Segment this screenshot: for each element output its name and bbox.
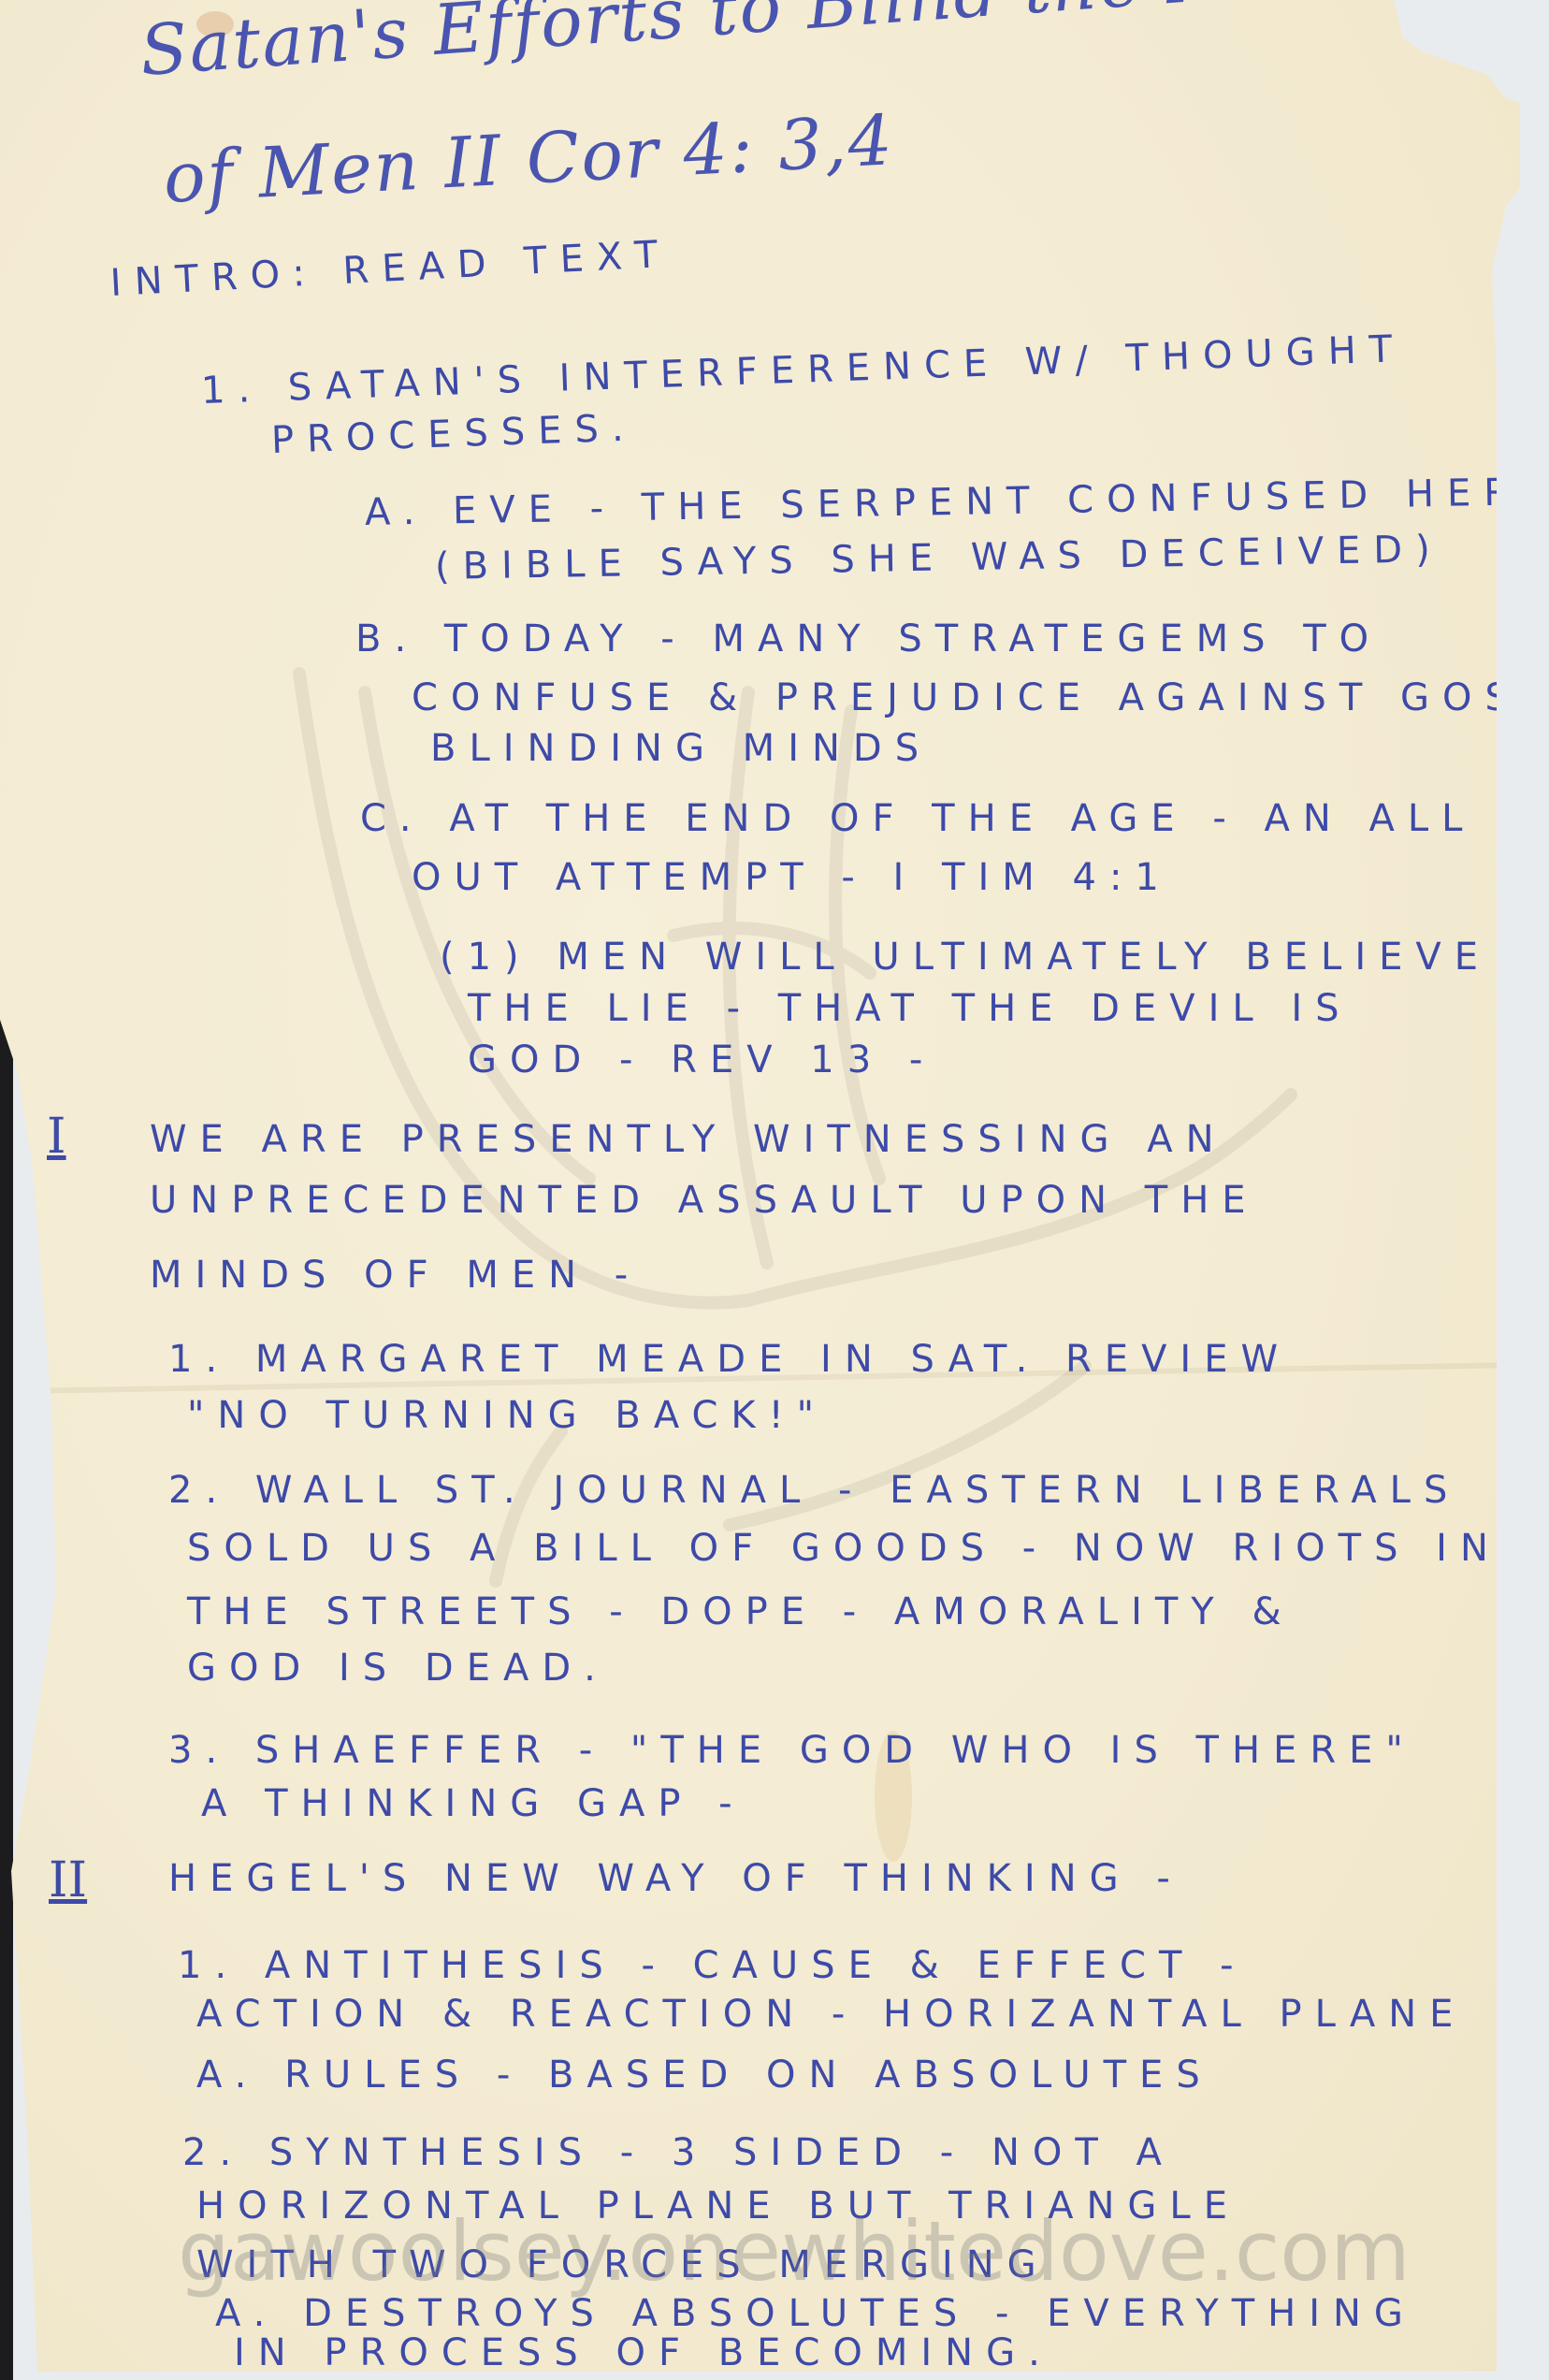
intro-subpoint-1: (1) MEN WILL ULTIMATELY BELIEVE	[440, 936, 1491, 979]
section-1-numeral: I	[47, 1109, 66, 1165]
section-2-point-1: 1. ANTITHESIS - CAUSE & EFFECT -	[178, 1944, 1247, 1987]
intro-point-1: 1. SATAN'S INTERFERENCE W/ THOUGHT	[200, 327, 1406, 413]
section-1-point-2-cont2: THE STREETS - DOPE - AMORALITY &	[187, 1590, 1295, 1633]
section-2-heading: HEGEL'S NEW WAY OF THINKING -	[168, 1857, 1183, 1900]
intro-point-1-cont: PROCESSES.	[270, 406, 637, 462]
section-1-point-3-cont: A THINKING GAP -	[201, 1782, 746, 1825]
intro-point-A-cont: (BIBLE SAYS SHE WAS DECEIVED)	[435, 528, 1444, 588]
section-1-heading-cont2: MINDS OF MEN -	[150, 1254, 641, 1297]
intro-point-B-cont2: BLINDING MINDS	[430, 727, 932, 770]
section-1-point-1: 1. MARGARET MEADE IN SAT. REVIEW	[168, 1338, 1291, 1381]
intro-subpoint-1-cont2: GOD - REV 13 -	[468, 1038, 935, 1081]
section-2-point-1-cont: ACTION & REACTION - HORIZANTAL PLANE	[196, 1993, 1466, 2036]
site-watermark: gawoolsey.onewhitedove.com	[178, 2203, 1411, 2300]
section-1-point-1-cont: "NO TURNING BACK!"	[187, 1394, 827, 1437]
section-2-point-1-A: A. RULES - BASED ON ABSOLUTES	[196, 2053, 1213, 2097]
intro-point-A: A. EVE - THE SERPENT CONFUSED HER -	[365, 470, 1549, 534]
scanner-background	[0, 1010, 13, 2380]
intro-point-B: B. TODAY - MANY STRATEGEMS TO	[355, 617, 1382, 660]
section-1-point-3: 3. SHAEFFER - "THE GOD WHO IS THERE"	[168, 1729, 1416, 1772]
intro-point-C-cont: OUT ATTEMPT - I TIM 4:1	[412, 856, 1172, 899]
paper-sheet: Satan's Efforts to Blind the Minds of Me…	[0, 0, 1534, 2372]
section-1-heading-cont1: UNPRECEDENTED ASSAULT UPON THE	[150, 1179, 1259, 1222]
section-1-point-2-cont1: SOLD US A BILL OF GOODS - NOW RIOTS IN	[187, 1527, 1501, 1570]
section-1-point-2-cont3: GOD IS DEAD.	[187, 1647, 609, 1690]
intro-point-C: C. AT THE END OF THE AGE - AN ALL	[360, 797, 1475, 840]
intro-subpoint-1-cont1: THE LIE - THAT THE DEVIL IS	[468, 987, 1353, 1030]
sermon-title-line2: of Men II Cor 4: 3,4	[162, 100, 896, 219]
sermon-title-line1: Satan's Efforts to Blind the Minds	[138, 0, 1395, 92]
section-2-numeral: II	[49, 1852, 87, 1908]
section-2-point-2-A-cont: IN PROCESS OF BECOMING.	[234, 2331, 1053, 2374]
section-2-point-2: 2. SYNTHESIS - 3 SIDED - NOT A	[182, 2131, 1175, 2174]
section-1-point-2: 2. WALL ST. JOURNAL - EASTERN LIBERALS	[168, 1469, 1460, 1512]
intro-point-B-cont1: CONFUSE & PREJUDICE AGAINST GOSPEL -	[412, 676, 1549, 719]
section-1-heading: WE ARE PRESENTLY WITNESSING AN	[150, 1118, 1226, 1161]
intro-heading: INTRO: READ TEXT	[109, 233, 672, 305]
